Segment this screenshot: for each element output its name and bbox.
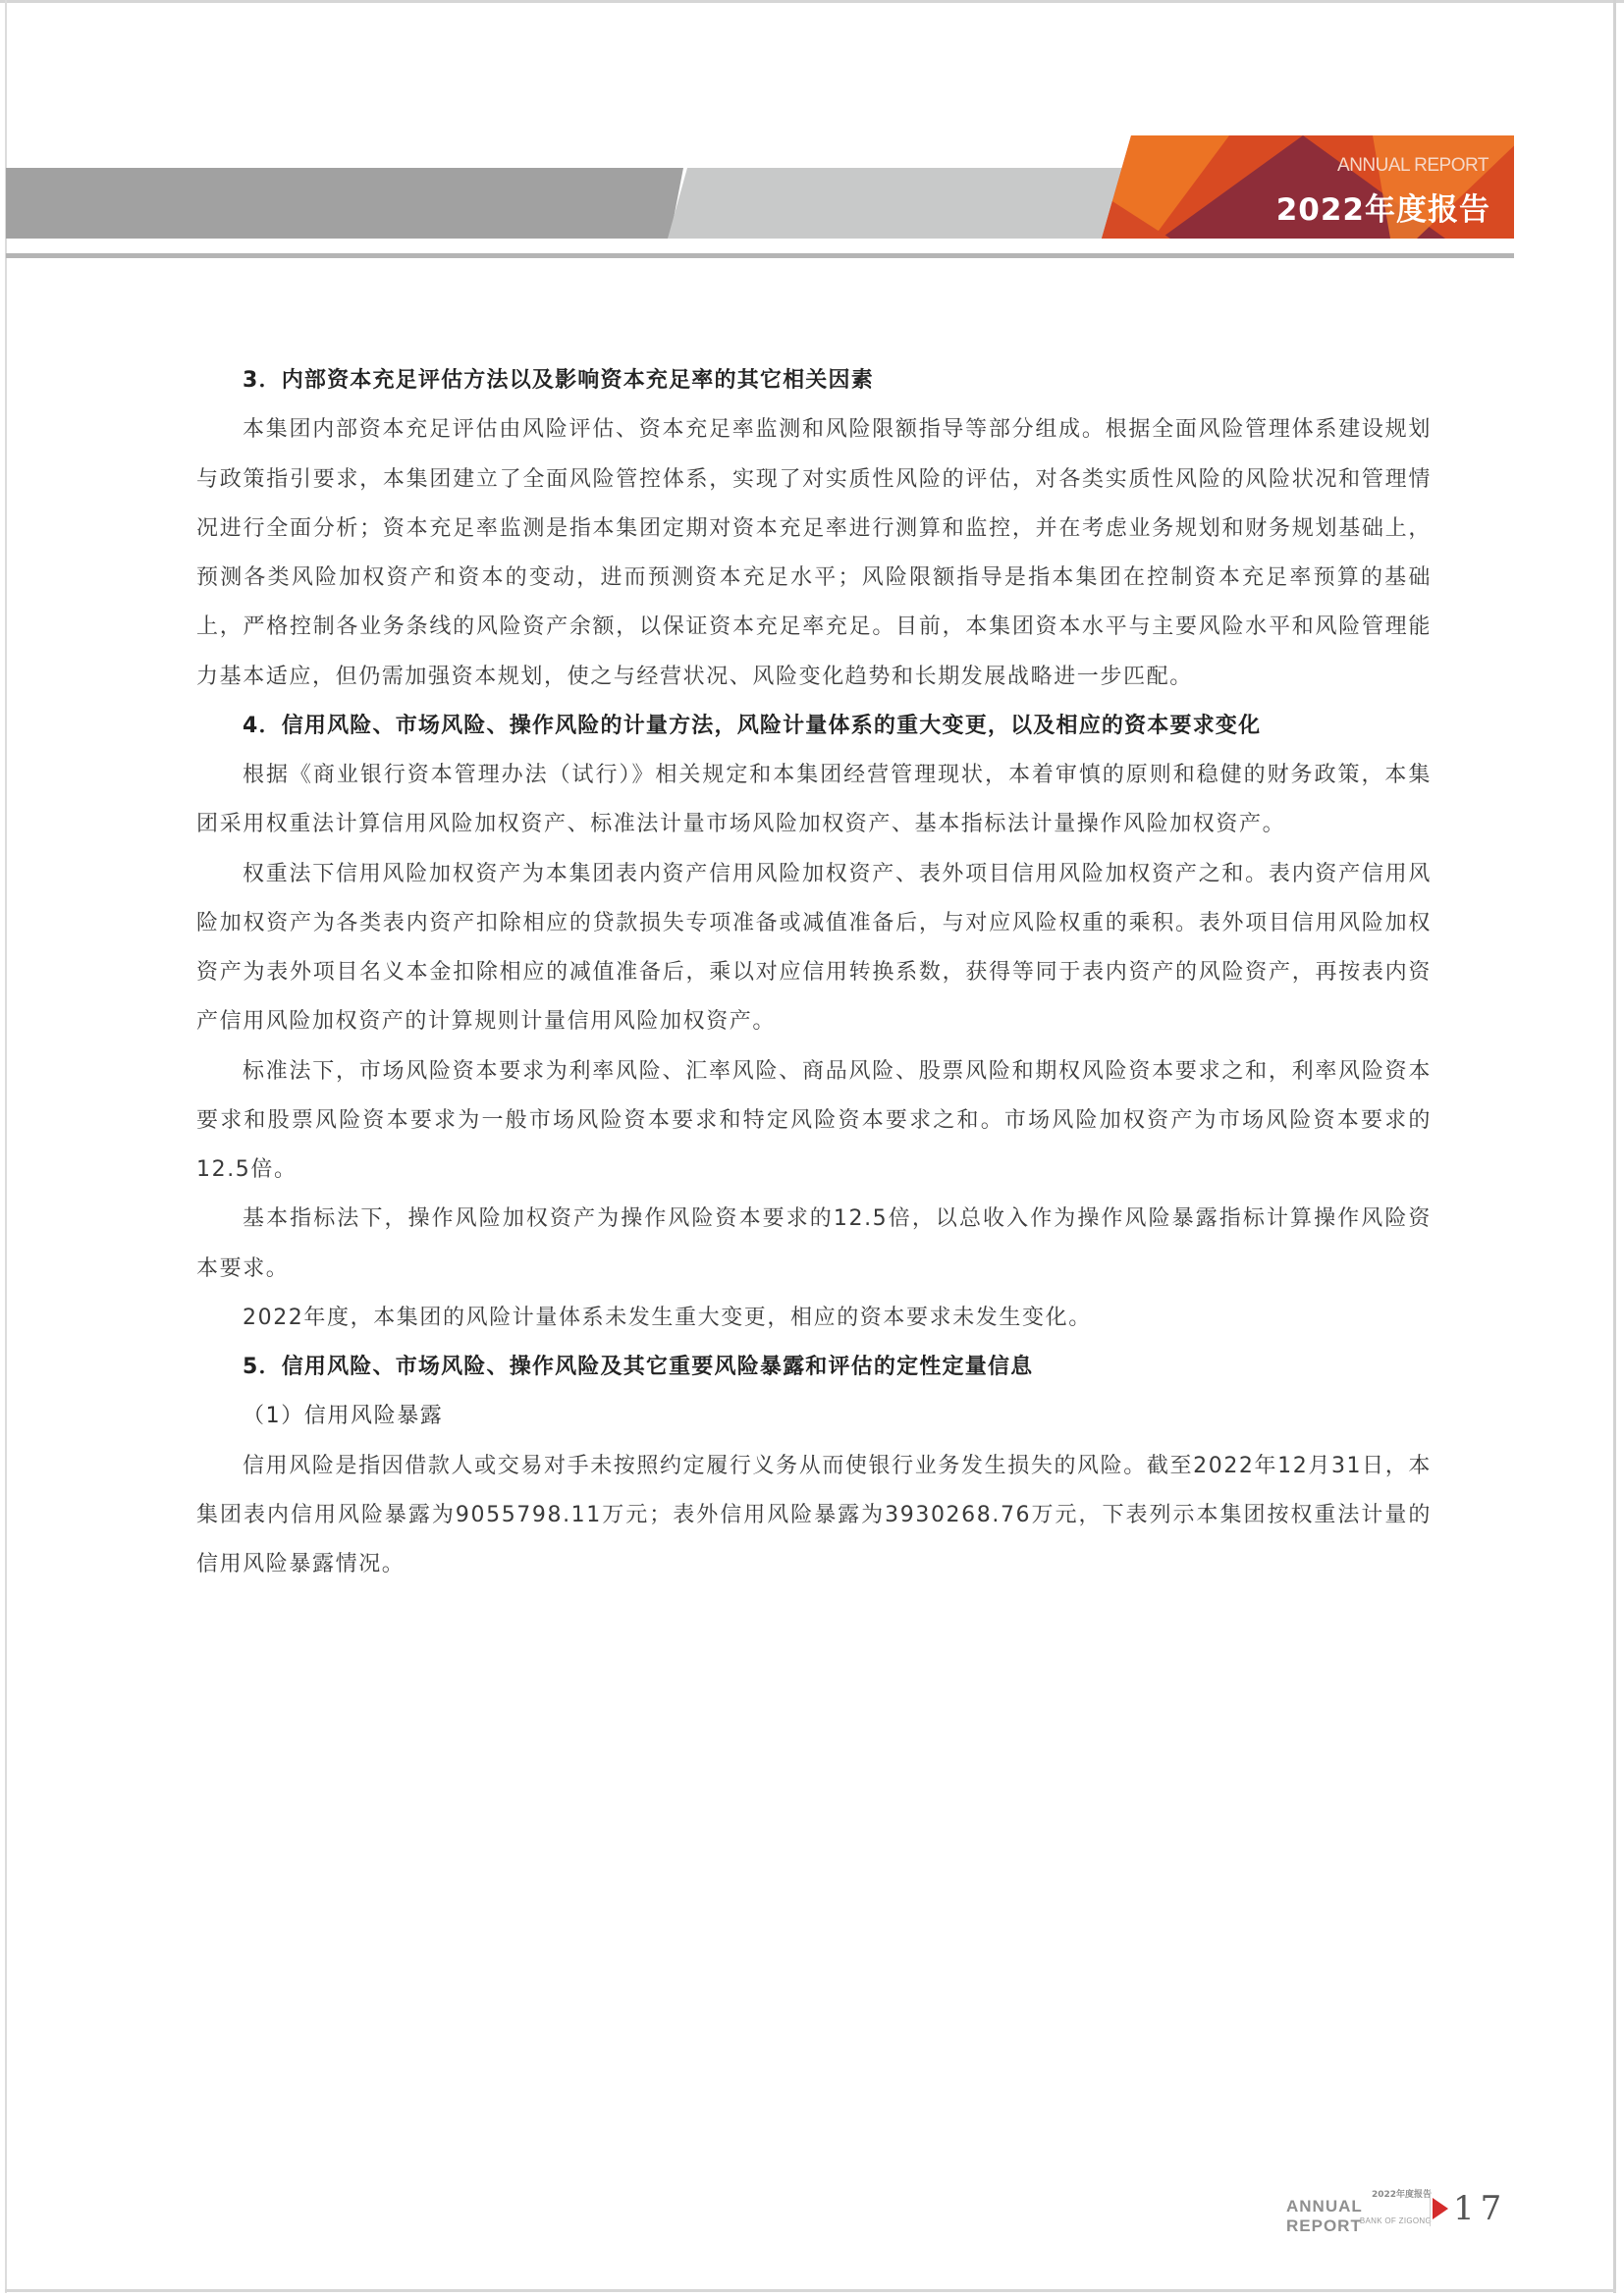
paragraph: 本集团内部资本充足评估由风险评估、资本充足率监测和风险限额指导等部分组成。根据全… [196,405,1432,702]
annual-report-brand-block: ANNUAL REPORT 2022年度报告 [1102,135,1514,239]
paragraph: 标准法下，市场风险资本要求为利率风险、汇率风险、商品风险、股票风险和期权风险资本… [196,1047,1432,1196]
page-border-top [0,0,1624,3]
paragraph: 信用风险是指因借款人或交易对手未按照约定履行义务从而使银行业务发生损失的风险。截… [196,1442,1432,1590]
section-heading-3: 3．内部资本充足评估方法以及影响资本充足率的其它相关因素 [196,356,1432,405]
brand-title-en: ANNUAL REPORT [1337,155,1489,177]
page-number: 17 [1453,2189,1507,2228]
page-footer: 2022年度报告 ANNUAL REPORT BANK OF ZIGONG 17 [1286,2187,1522,2236]
play-arrow-icon [1433,2198,1448,2219]
footer-divider [1430,2189,1431,2226]
document-body: 3．内部资本充足评估方法以及影响资本充足率的其它相关因素 本集团内部资本充足评估… [196,356,1432,1589]
header-underline [6,253,1514,258]
paragraph: 基本指标法下，操作风险加权资产为操作风险资本要求的12.5倍，以总收入作为操作风… [196,1195,1432,1294]
section-heading-5: 5．信用风险、市场风险、操作风险及其它重要风险暴露和评估的定性定量信息 [196,1343,1432,1392]
paragraph: 2022年度，本集团的风险计量体系未发生重大变更，相应的资本要求未发生变化。 [196,1294,1432,1343]
header-band-dark [6,168,683,239]
page-border-left [5,0,7,2293]
page-border-right [1613,0,1616,2293]
page-border-bottom [5,2289,1616,2292]
subsection-heading: （1）信用风险暴露 [196,1392,1432,1441]
paragraph: 权重法下信用风险加权资产为本集团表内资产信用风险加权资产、表外项目信用风险加权资… [196,850,1432,1047]
footer-bank-name: BANK OF ZIGONG [1360,2216,1432,2225]
header-band-light [668,168,1139,239]
brand-title-cn: 2022年度报告 [1276,185,1490,229]
paragraph: 根据《商业银行资本管理办法（试行）》相关规定和本集团经营管理现状，本着审慎的原则… [196,751,1432,850]
section-heading-4: 4．信用风险、市场风险、操作风险的计量方法，风险计量体系的重大变更，以及相应的资… [196,702,1432,751]
